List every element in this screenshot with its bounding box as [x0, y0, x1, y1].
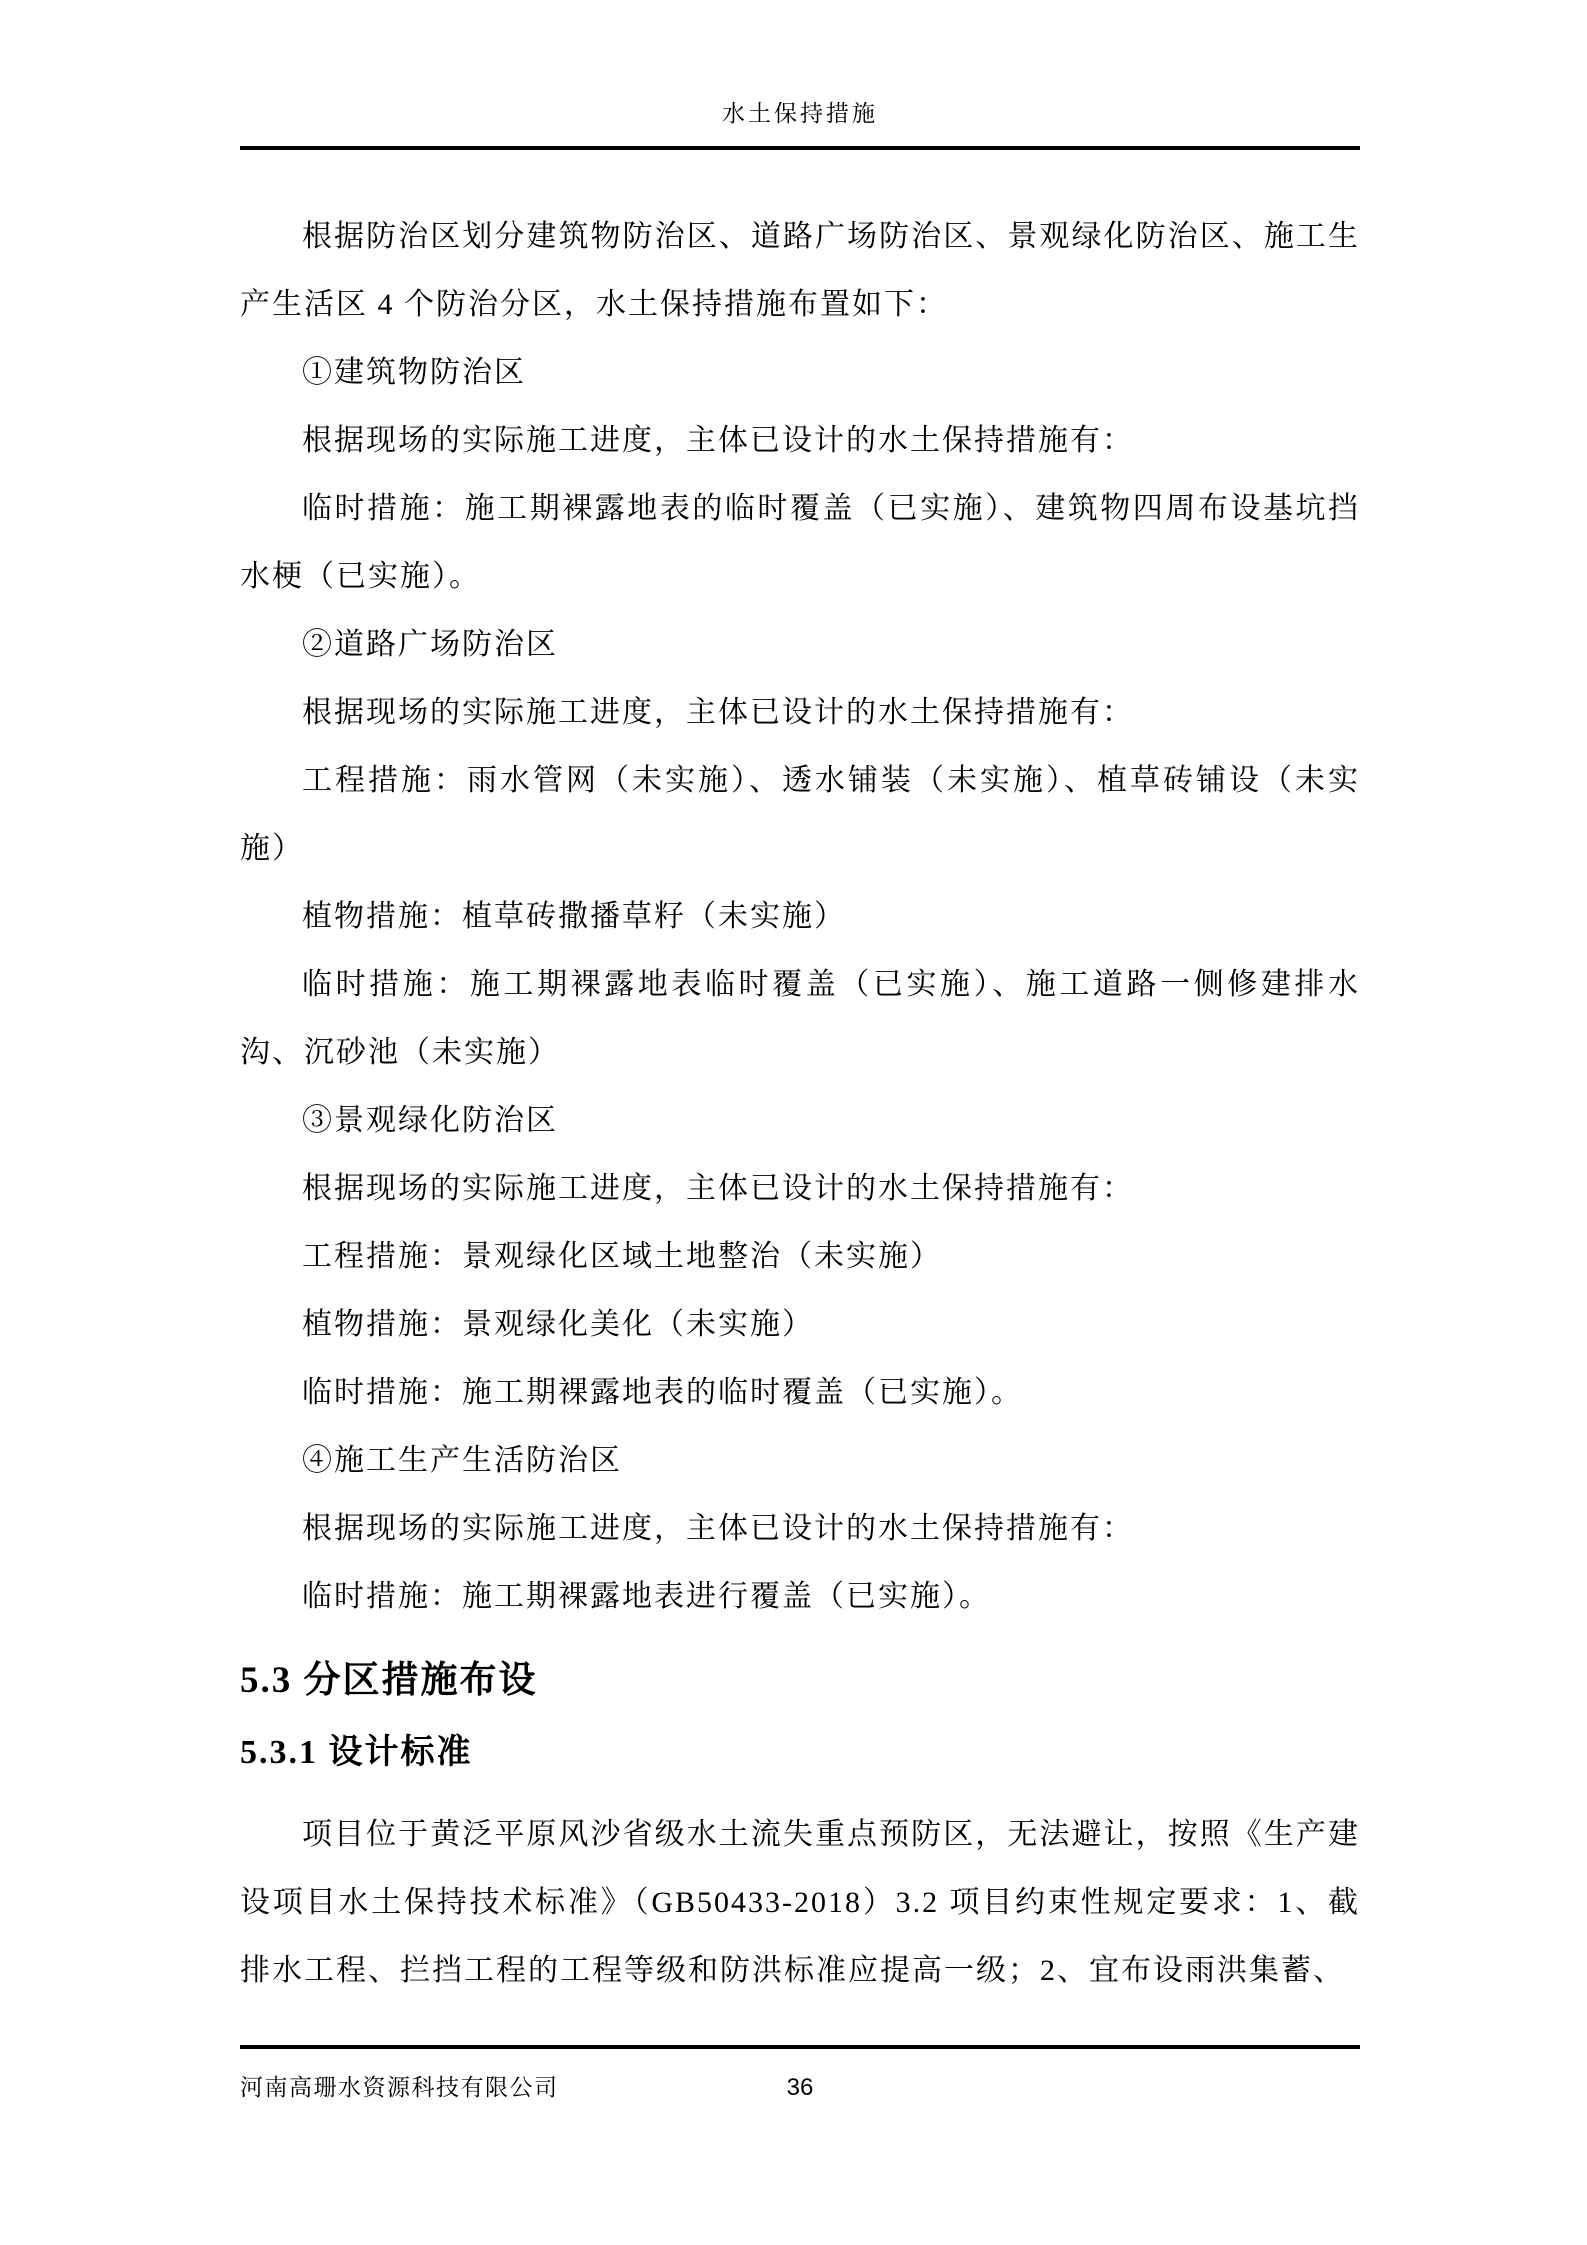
body-paragraph: 临时措施：施工期裸露地表的临时覆盖（已实施）。: [240, 1359, 1360, 1427]
header-title: 水土保持措施: [240, 100, 1360, 128]
body-paragraph: 根据防治区划分建筑物防治区、道路广场防治区、景观绿化防治区、施工生产生活区 4 …: [240, 203, 1360, 339]
body-paragraph: ④施工生产生活防治区: [240, 1427, 1360, 1495]
document-page: 水土保持措施 根据防治区划分建筑物防治区、道路广场防治区、景观绿化防治区、施工生…: [0, 0, 1587, 2245]
body-paragraph: ③景观绿化防治区: [240, 1087, 1360, 1155]
body-paragraph: ②道路广场防治区: [240, 611, 1360, 679]
body-paragraph: 工程措施：景观绿化区域土地整治（未实施）: [240, 1223, 1360, 1291]
page-number: 36: [240, 2072, 1360, 2104]
footer-rule: [240, 2045, 1360, 2049]
subsection-heading: 5.3.1 设计标准: [240, 1717, 1360, 1789]
body-paragraph: 植物措施：景观绿化美化（未实施）: [240, 1291, 1360, 1359]
body-paragraph: 根据现场的实际施工进度，主体已设计的水土保持措施有：: [240, 1155, 1360, 1223]
body-paragraph: 项目位于黄泛平原风沙省级水土流失重点预防区，无法避让，按照《生产建设项目水土保持…: [240, 1801, 1360, 2005]
body-paragraph: ①建筑物防治区: [240, 339, 1360, 407]
document-body: 根据防治区划分建筑物防治区、道路广场防治区、景观绿化防治区、施工生产生活区 4 …: [240, 203, 1360, 2005]
body-paragraph: 根据现场的实际施工进度，主体已设计的水土保持措施有：: [240, 679, 1360, 747]
page-header: 水土保持措施: [240, 100, 1360, 128]
body-paragraph: 临时措施：施工期裸露地表的临时覆盖（已实施）、建筑物四周布设基坑挡水梗（已实施）…: [240, 475, 1360, 611]
body-paragraph: 工程措施：雨水管网（未实施）、透水铺装（未实施）、植草砖铺设（未实施）: [240, 747, 1360, 883]
body-paragraph: 临时措施：施工期裸露地表进行覆盖（已实施）。: [240, 1563, 1360, 1631]
section-heading: 5.3 分区措施布设: [240, 1645, 1360, 1717]
body-paragraph: 根据现场的实际施工进度，主体已设计的水土保持措施有：: [240, 407, 1360, 475]
header-rule: [240, 146, 1360, 150]
page-footer: 河南高珊水资源科技有限公司 36: [240, 2072, 1360, 2104]
body-paragraph: 根据现场的实际施工进度，主体已设计的水土保持措施有：: [240, 1495, 1360, 1563]
body-paragraph: 临时措施：施工期裸露地表临时覆盖（已实施）、施工道路一侧修建排水沟、沉砂池（未实…: [240, 951, 1360, 1087]
body-paragraph: 植物措施：植草砖撒播草籽（未实施）: [240, 883, 1360, 951]
